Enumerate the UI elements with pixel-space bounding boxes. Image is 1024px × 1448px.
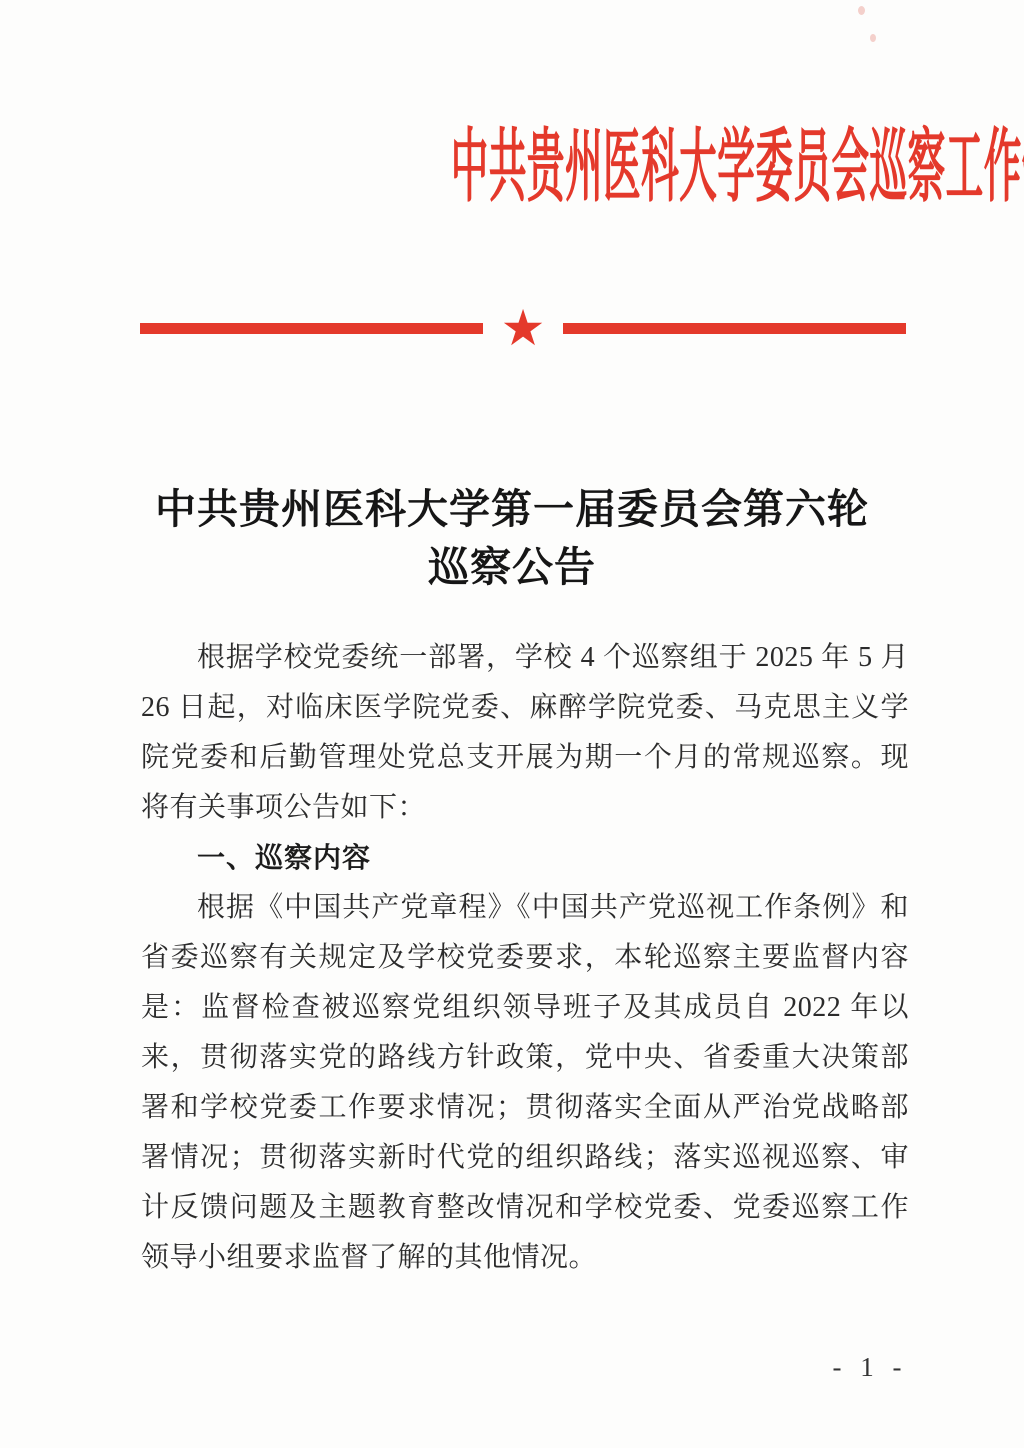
letterhead-title: 中共贵州医科大学委员会巡察工作领导小组文件 <box>451 126 1024 210</box>
scan-artifact <box>870 34 876 42</box>
document-page: 中共贵州医科大学委员会巡察工作领导小组文件 ★ 中共贵州医科大学第一届委员会第六… <box>0 0 1024 1448</box>
body-paragraph-1: 根据学校党委统一部署，学校 4 个巡察组于 2025 年 5 月 26 日起，对… <box>141 633 909 833</box>
body-paragraph-2: 根据《中国共产党章程》《中国共产党巡视工作条例》和省委巡察有关规定及学校党委要求… <box>141 883 909 1283</box>
star-icon: ★ <box>501 305 546 351</box>
divider-line-left <box>140 323 483 334</box>
page-number: - 1 - <box>820 1352 920 1383</box>
document-title: 中共贵州医科大学第一届委员会第六轮 巡察公告 <box>0 480 1024 596</box>
document-title-line1: 中共贵州医科大学第一届委员会第六轮 <box>0 480 1024 538</box>
letterhead: 中共贵州医科大学委员会巡察工作领导小组文件 <box>0 126 1024 210</box>
scan-artifact <box>858 6 865 15</box>
divider-line-right <box>563 323 906 334</box>
document-body: 根据学校党委统一部署，学校 4 个巡察组于 2025 年 5 月 26 日起，对… <box>141 633 909 1283</box>
document-title-line2: 巡察公告 <box>0 538 1024 596</box>
section-heading-1: 一、巡察内容 <box>141 833 909 883</box>
star-divider: ★ <box>140 305 906 351</box>
